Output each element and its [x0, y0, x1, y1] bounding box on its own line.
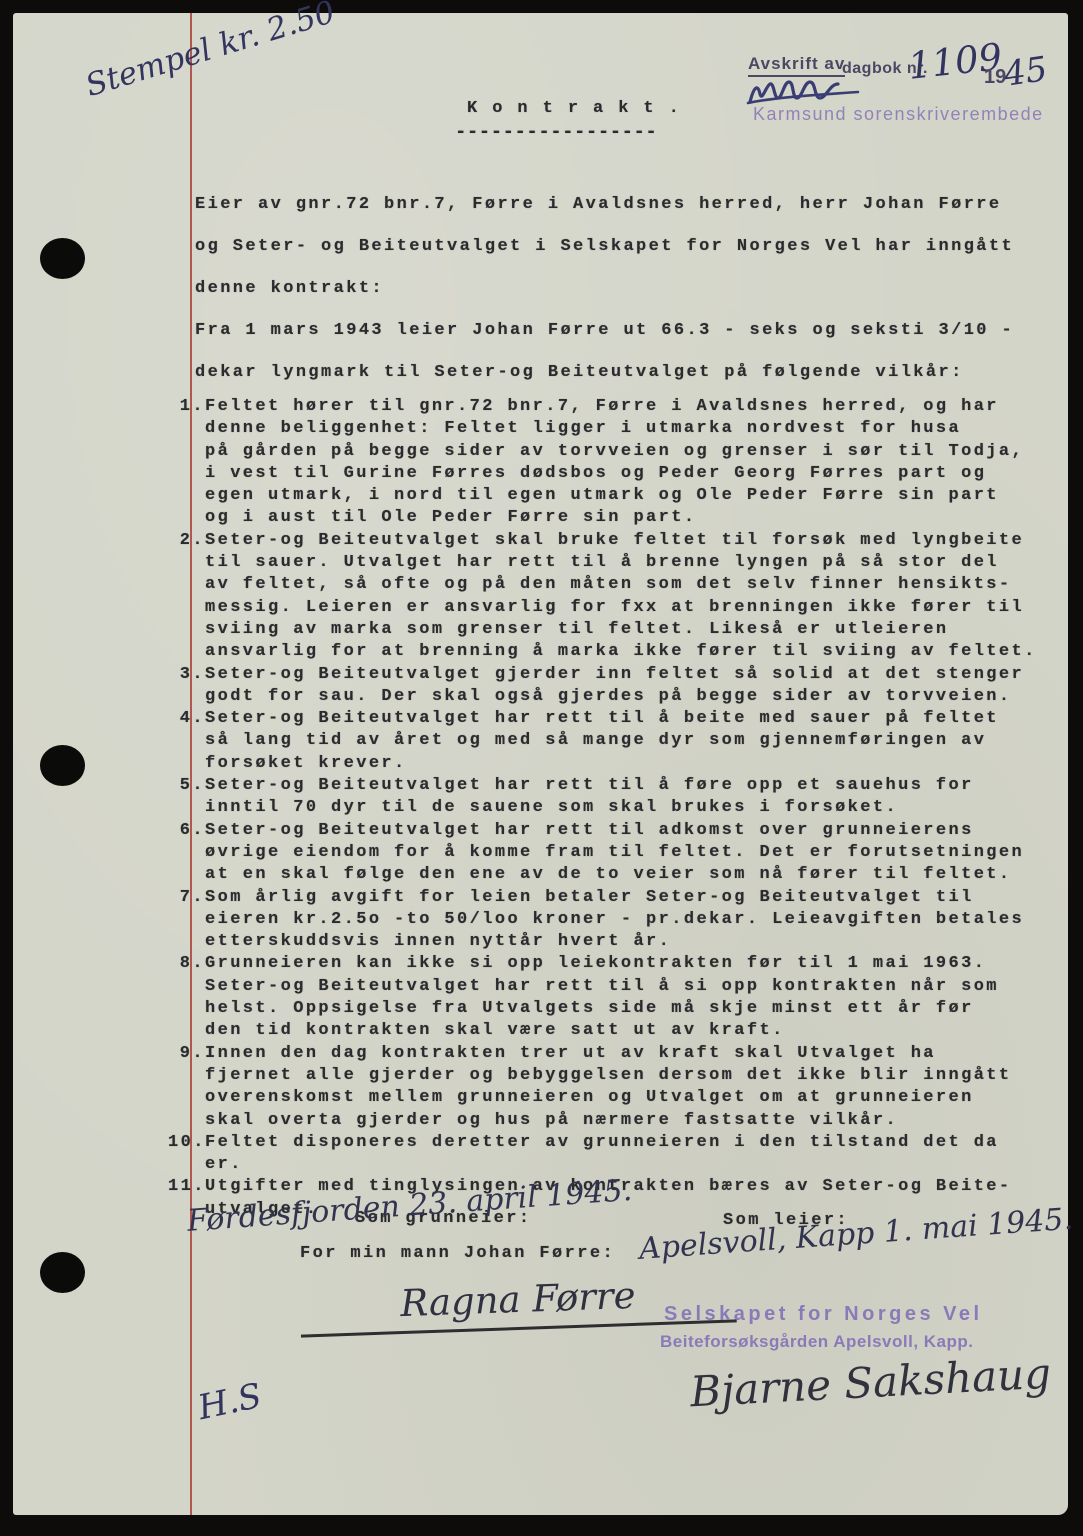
- year-group: 1945: [984, 52, 1048, 92]
- scanned-contract-page: Stempel kr. 2.50 K o n t r a k t . -----…: [0, 0, 1083, 1536]
- term-text: Grunneieren kan ikke si opp leiekontrakt…: [205, 953, 1056, 1042]
- on-behalf-label: For min mann Johan Førre:: [300, 1244, 615, 1263]
- term-row: 7. Som årlig avgift for leien betaler Se…: [168, 887, 1056, 954]
- term-row: 4. Seter-og Beiteutvalget har rett til å…: [168, 708, 1056, 775]
- term-text: Seter-og Beiteutvalget skal bruke feltet…: [205, 530, 1056, 664]
- term-text: Seter-og Beiteutvalget har rett til å be…: [205, 708, 1056, 775]
- org-stamp-line1: Selskapet for Norges Vel: [664, 1303, 983, 1326]
- term-number: 5.: [168, 775, 205, 797]
- term-row: 5. Seter-og Beiteutvalget har rett til å…: [168, 775, 1056, 820]
- year-handwritten: 45: [1002, 49, 1050, 95]
- term-row: 6. Seter-og Beiteutvalget har rett til a…: [168, 820, 1056, 887]
- contract-intro: Eier av gnr.72 bnr.7, Førre i Avaldsnes …: [195, 184, 1055, 394]
- term-text: Seter-og Beiteutvalget har rett til å fø…: [205, 775, 1056, 820]
- page-title: K o n t r a k t .: [467, 99, 681, 118]
- term-number: 2.: [168, 530, 205, 552]
- term-number: 6.: [168, 820, 205, 842]
- term-number: 11.: [168, 1176, 205, 1198]
- term-number: 8.: [168, 953, 205, 975]
- term-number: 10.: [168, 1132, 205, 1154]
- term-number: 9.: [168, 1043, 205, 1065]
- punch-hole-top: [40, 238, 85, 279]
- office-stamp: Karmsund sorenskriverembede: [753, 104, 1044, 125]
- punch-hole-bottom: [40, 1252, 85, 1293]
- term-row: 1. Feltet hører til gnr.72 bnr.7, Førre …: [168, 396, 1056, 530]
- term-text: Seter-og Beiteutvalget gjerder inn felte…: [205, 664, 1056, 709]
- term-number: 3.: [168, 664, 205, 686]
- term-number: 4.: [168, 708, 205, 730]
- term-text: Innen den dag kontrakten trer ut av kraf…: [205, 1043, 1056, 1132]
- term-row: 10. Feltet disponeres deretter av grunne…: [168, 1132, 1056, 1177]
- term-text: Seter-og Beiteutvalget har rett til adko…: [205, 820, 1056, 887]
- term-text: Feltet hører til gnr.72 bnr.7, Førre i A…: [205, 396, 1056, 530]
- org-stamp-line2: Beiteforsøksgården Apelsvoll, Kapp.: [660, 1332, 974, 1352]
- term-text: Som årlig avgift for leien betaler Seter…: [205, 887, 1056, 954]
- punch-hole-middle: [40, 745, 85, 786]
- avskrift-stamp-label: Avskrift av: [748, 54, 845, 77]
- term-text: Feltet disponeres deretter av grunneiere…: [205, 1132, 1056, 1177]
- term-row: 2. Seter-og Beiteutvalget skal bruke fel…: [168, 530, 1056, 664]
- title-underline: -----------------: [455, 121, 657, 143]
- term-number: 7.: [168, 887, 205, 909]
- term-row: 9. Innen den dag kontrakten trer ut av k…: [168, 1043, 1056, 1132]
- term-row: 3. Seter-og Beiteutvalget gjerder inn fe…: [168, 664, 1056, 709]
- term-row: 8. Grunneieren kan ikke si opp leiekontr…: [168, 953, 1056, 1042]
- terms-list: 1. Feltet hører til gnr.72 bnr.7, Førre …: [168, 396, 1056, 1221]
- term-number: 1.: [168, 396, 205, 418]
